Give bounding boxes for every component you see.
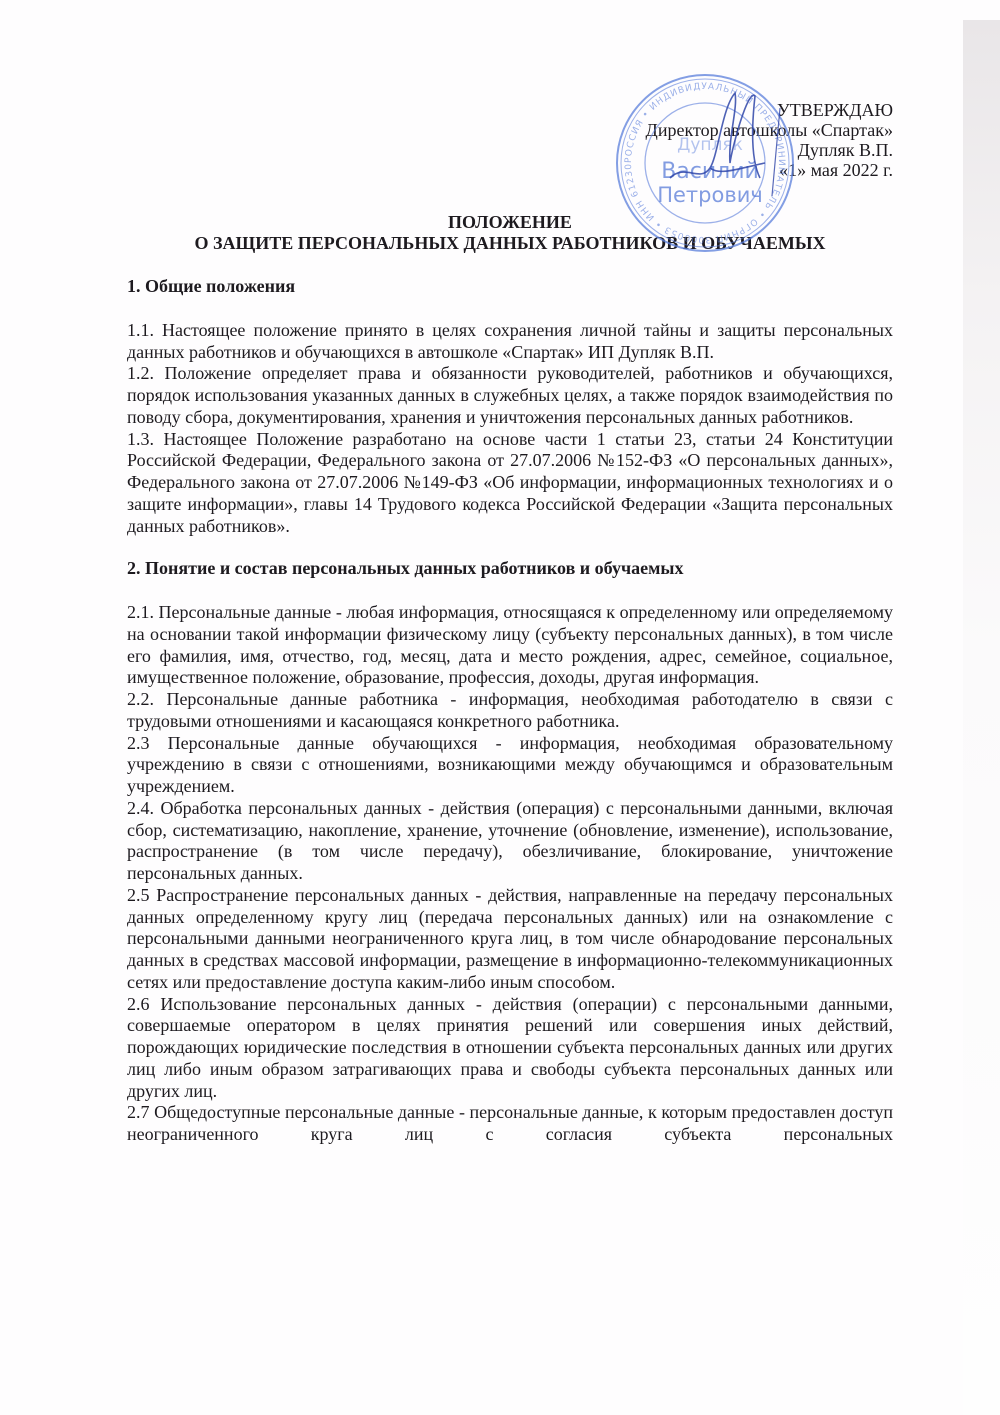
paragraph-2-5: 2.5 Распространение персональных данных …: [127, 885, 893, 994]
paragraph-1-2: 1.2. Положение определяет права и обязан…: [127, 363, 893, 428]
document-title-line2: О ЗАЩИТЕ ПЕРСОНАЛЬНЫХ ДАННЫХ РАБОТНИКОВ …: [127, 233, 893, 254]
stamp-name-line3: Петрович: [657, 183, 763, 207]
paragraph-1-3: 1.3. Настоящее Положение разработано на …: [127, 429, 893, 538]
approval-block: УТВЕРЖДАЮ Директор автошколы «Спартак» Д…: [646, 100, 893, 180]
paragraph-2-7: 2.7 Общедоступные персональные данные - …: [127, 1102, 893, 1146]
document-title: ПОЛОЖЕНИЕ О ЗАЩИТЕ ПЕРСОНАЛЬНЫХ ДАННЫХ Р…: [127, 212, 893, 254]
approval-position: Директор автошколы «Спартак»: [646, 120, 893, 140]
document-title-line1: ПОЛОЖЕНИЕ: [127, 212, 893, 233]
approval-signatory: Дупляк В.П.: [646, 140, 893, 160]
paragraph-2-2: 2.2. Персональные данные работника - инф…: [127, 689, 893, 733]
paragraph-2-4: 2.4. Обработка персональных данных - дей…: [127, 798, 893, 885]
approval-heading: УТВЕРЖДАЮ: [646, 100, 893, 120]
section-heading: 1. Общие положения: [127, 276, 893, 298]
paragraph-1-1: 1.1. Настоящее положение принято в целях…: [127, 320, 893, 364]
document-body: 1. Общие положения 1.1. Настоящее положе…: [127, 276, 893, 1146]
section-spacer: [127, 537, 893, 558]
paragraph-2-1: 2.1. Персональные данные - любая информа…: [127, 602, 893, 689]
paragraph-2-6: 2.6 Использование персональных данных - …: [127, 994, 893, 1103]
document-page: УТВЕРЖДАЮ Директор автошколы «Спартак» Д…: [0, 0, 1000, 1415]
section-general-provisions: 1. Общие положения 1.1. Настоящее положе…: [127, 276, 893, 537]
section-heading: 2. Понятие и состав персональных данных …: [127, 558, 893, 580]
section-concept-and-composition: 2. Понятие и состав персональных данных …: [127, 558, 893, 1146]
approval-date: «1» мая 2022 г.: [646, 160, 893, 180]
paragraph-2-3: 2.3 Персональные данные обучающихся - ин…: [127, 733, 893, 798]
scan-edge-shadow: [963, 20, 1000, 1415]
